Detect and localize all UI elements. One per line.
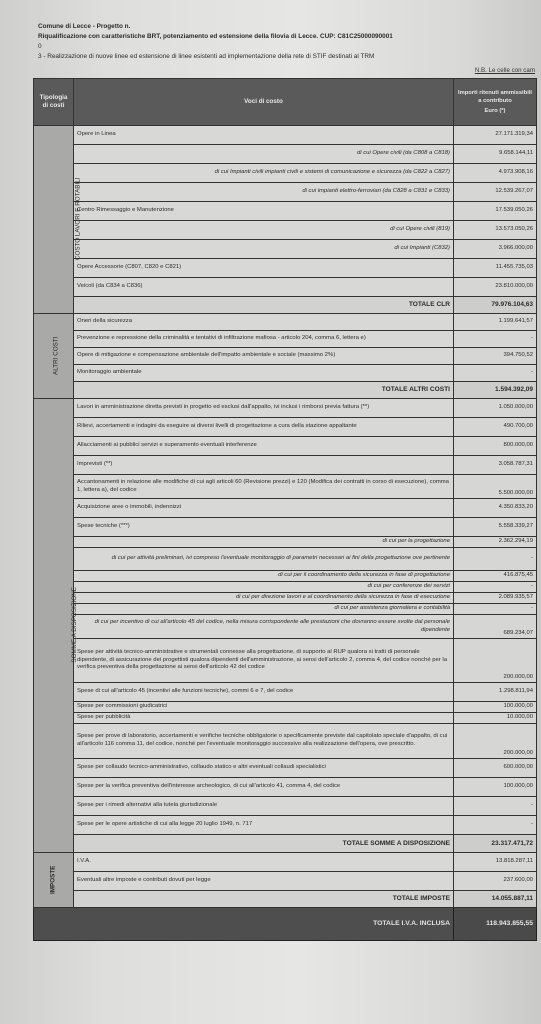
cost-item-amount: 10.000,00 (454, 713, 537, 724)
cost-item-desc: Rilievi, accertamenti e indagini da eseg… (74, 418, 454, 437)
cost-item-amount: 394.750,52 (454, 348, 537, 365)
cost-item-amount: 13.818.287,11 (454, 853, 537, 872)
total-label: TOTALE IMPOSTE (74, 891, 454, 908)
cost-item-amount: - (454, 816, 537, 835)
cost-item-amount: 1.199.641,57 (454, 314, 537, 331)
grand-total-row: TOTALE I.V.A. INCLUSA118.943.855,55 (34, 908, 537, 941)
table-row: Spese per i rimedi alternativi alla tute… (34, 797, 537, 816)
total-label: TOTALE SOMME A DISPOSIZIONE (74, 835, 454, 853)
cost-item-amount: 600.000,00 (454, 759, 537, 778)
table-row: Opere di mitigazione e compensazione amb… (34, 348, 537, 365)
table-row: Spese per prove di laboratorio, accertam… (34, 724, 537, 759)
table-row: Centro Rimessaggio e Manutenzione17.539.… (34, 202, 537, 221)
cost-item-amount: 200.000,00 (454, 639, 537, 683)
table-row: di cui per direzione lavori e al coordin… (34, 593, 537, 604)
section-label-altri: ALTRI COSTI (34, 314, 74, 399)
table-row: di cui per incentivo di cui all'articolo… (34, 615, 537, 639)
cost-item-amount: 416.875,45 (454, 571, 537, 582)
table-row: di cui per assistenza giornaliera e cont… (34, 604, 537, 615)
cost-item-amount: 1.298.811,94 (454, 683, 537, 702)
cost-item-amount: 4.973.908,16 (454, 164, 537, 183)
section-label-text: IMPOSTE (50, 865, 58, 893)
table-row: Spese di cui all'articolo 45 (incentivi … (34, 683, 537, 702)
table-row: di cui Impianti (C832)3.966.000,00 (34, 240, 537, 259)
table-row: Imprevisti (**)3.058.787,31 (34, 456, 537, 475)
note-text: N.B. Le celle con cam (475, 67, 535, 74)
grand-total-label: TOTALE I.V.A. INCLUSA (34, 908, 454, 941)
cost-item-desc: Prevenzione e repressione della criminal… (74, 331, 454, 348)
cost-item-desc: Eventuali altre imposte e contributi dov… (74, 872, 454, 891)
cost-item-desc: Spese per la verifica preventiva dell'in… (74, 778, 454, 797)
cost-item-desc: Veicoli (da C834 a C836) (74, 278, 454, 297)
col-header-amount-unit: Euro (*) (457, 107, 533, 115)
cost-item-desc: Allacciamenti ai pubblici servizi e supe… (74, 437, 454, 456)
cost-item-amount: 23.810.000,00 (454, 278, 537, 297)
cost-item-desc: Monitoraggio ambientale (74, 365, 454, 382)
cost-item-desc: Spese per commissioni giudicatrici (74, 702, 454, 713)
cost-item-amount: 689.234,07 (454, 615, 537, 639)
cost-item-amount: - (454, 365, 537, 382)
cost-item-amount: 3.966.000,00 (454, 240, 537, 259)
col-header-type: Tipologia di costi (34, 79, 74, 126)
total-amount: 14.055.887,11 (454, 891, 537, 908)
cost-item-amount: 490.700,00 (454, 418, 537, 437)
cost-item-amount: 2.362.294,19 (454, 537, 537, 548)
section-label-clr: COSTO LAVORI E ROTABILI (34, 126, 74, 314)
total-row-imposte: TOTALE IMPOSTE14.055.887,11 (34, 891, 537, 908)
total-amount: 1.594.392,09 (454, 382, 537, 399)
cost-item-amount: 2.089.935,57 (454, 593, 537, 604)
cost-subitem-desc: di cui per assistenza giornaliera e cont… (74, 604, 454, 615)
table-row: ALTRI COSTIOneri della sicurezza1.199.64… (34, 314, 537, 331)
total-row-altri: TOTALE ALTRI COSTI1.594.392,09 (34, 382, 537, 399)
table-row: Acquisizione aree o immobili, indennizzi… (34, 499, 537, 518)
col-header-amount-label: Importi ritenuti ammissibili a contribut… (457, 89, 533, 105)
cost-item-desc: Spese per attività tecnico-amministrativ… (74, 639, 454, 683)
section-label-text: ALTRI COSTI (52, 336, 60, 374)
cost-subitem-desc: di cui per direzione lavori e al coordin… (74, 593, 454, 604)
table-row: Spese tecniche (***)5.558.339,27 (34, 518, 537, 537)
cost-item-amount: 4.350.833,20 (454, 499, 537, 518)
cost-item-amount: - (454, 604, 537, 615)
cost-item-amount: 27.171.319,34 (454, 126, 537, 145)
cost-subitem-desc: di cui per il coordinamento della sicure… (74, 571, 454, 582)
municipality-line: Comune di Lecce - Progetto n. (38, 22, 393, 32)
table-row: Spese per pubblicità10.000,00 (34, 713, 537, 724)
cost-item-desc: Opere Accessorie (C807, C820 e C821) (74, 259, 454, 278)
cost-item-desc: Opere di mitigazione e compensazione amb… (74, 348, 454, 365)
cost-item-desc: Spese di cui all'articolo 45 (incentivi … (74, 683, 454, 702)
table-row: Accantonamenti in relazione alle modific… (34, 475, 537, 499)
project-title: Riqualificazione con caratteristiche BRT… (38, 32, 393, 42)
cost-item-desc: Lavori in amministrazione diretta previs… (74, 399, 454, 418)
cost-item-desc: Spese tecniche (***) (74, 518, 454, 537)
table-row: Spese per le opere artistiche di cui all… (34, 816, 537, 835)
table-row: Prevenzione e repressione della criminal… (34, 331, 537, 348)
cost-item-amount: 12.539.267,07 (454, 183, 537, 202)
section-label-text: COSTO LAVORI E ROTABILI (75, 178, 83, 261)
table-row: di cui Impianti civili impianti civili e… (34, 164, 537, 183)
project-category: 3 - Realizzazione di nuove linee ed este… (38, 52, 393, 62)
total-label: TOTALE ALTRI COSTI (74, 382, 454, 399)
table-row: Allacciamenti ai pubblici servizi e supe… (34, 437, 537, 456)
grand-total-amount: 118.943.855,55 (454, 908, 537, 941)
cost-item-desc: Opere in Linea (74, 126, 454, 145)
cost-item-amount: - (454, 548, 537, 571)
project-number: 0 (38, 42, 393, 52)
cost-table: Tipologia di costi Voci di costo Importi… (33, 78, 537, 941)
cost-subitem-desc: di cui Impianti (C832) (74, 240, 454, 259)
col-header-amount: Importi ritenuti ammissibili a contribut… (454, 79, 537, 126)
cost-item-desc: I.V.A. (74, 853, 454, 872)
table-row: Eventuali altre imposte e contributi dov… (34, 872, 537, 891)
cost-subitem-desc: di cui Opere civili (da C808 a C818) (74, 145, 454, 164)
cost-item-desc: Spese per pubblicità (74, 713, 454, 724)
cost-item-desc: Centro Rimessaggio e Manutenzione (74, 202, 454, 221)
total-label: TOTALE CLR (74, 297, 454, 314)
table-row: Veicoli (da C834 a C836)23.810.000,00 (34, 278, 537, 297)
table-row: SOMME A DISPOSIZIONELavori in amministra… (34, 399, 537, 418)
cost-item-amount: 200.000,00 (454, 724, 537, 759)
table-row: di cui Opere civili (da C808 a C818)9.65… (34, 145, 537, 164)
cost-item-amount: - (454, 797, 537, 816)
section-label-somme: SOMME A DISPOSIZIONE (34, 399, 74, 853)
total-amount: 79.976.104,63 (454, 297, 537, 314)
section-label-imposte: IMPOSTE (34, 853, 74, 908)
table-header-row: Tipologia di costi Voci di costo Importi… (34, 79, 537, 126)
document-header: Comune di Lecce - Progetto n. Riqualific… (38, 22, 393, 62)
cost-item-desc: Imprevisti (**) (74, 456, 454, 475)
table-row: IMPOSTEI.V.A.13.818.287,11 (34, 853, 537, 872)
cost-item-amount: - (454, 331, 537, 348)
table-row: Spese per la verifica preventiva dell'in… (34, 778, 537, 797)
cost-item-desc: Spese per prove di laboratorio, accertam… (74, 724, 454, 759)
table-row: Spese per commissioni giudicatrici100.00… (34, 702, 537, 713)
table-row: Rilievi, accertamenti e indagini da eseg… (34, 418, 537, 437)
table-row: Spese per collaudo tecnico-amministrativ… (34, 759, 537, 778)
cost-item-desc: Spese per collaudo tecnico-amministrativ… (74, 759, 454, 778)
table-row: COSTO LAVORI E ROTABILIOpere in Linea27.… (34, 126, 537, 145)
col-header-item: Voci di costo (74, 79, 454, 126)
cost-subitem-desc: di cui Impianti civili impianti civili e… (74, 164, 454, 183)
cost-item-amount: 800.000,00 (454, 437, 537, 456)
table-row: di cui impianti elettro-ferroviari (da C… (34, 183, 537, 202)
cost-subitem-desc: di cui per la progettazione (74, 537, 454, 548)
cost-item-desc: Acquisizione aree o immobili, indennizzi (74, 499, 454, 518)
table-row: di cui per la progettazione2.362.294,19 (34, 537, 537, 548)
total-row-clr: TOTALE CLR79.976.104,63 (34, 297, 537, 314)
total-row-somme: TOTALE SOMME A DISPOSIZIONE23.317.471,72 (34, 835, 537, 853)
cost-subitem-desc: di cui per attività preliminari, ivi com… (74, 548, 454, 571)
table-row: Opere Accessorie (C807, C820 e C821)11.4… (34, 259, 537, 278)
cost-item-amount: 3.058.787,31 (454, 456, 537, 475)
table-row: di cui per conferenze dei servizi- (34, 582, 537, 593)
table-row: di cui Opere civili (819)13.573.050,26 (34, 221, 537, 240)
table-row: Monitoraggio ambientale- (34, 365, 537, 382)
cost-item-amount: 13.573.050,26 (454, 221, 537, 240)
cost-item-desc: Oneri della sicurezza (74, 314, 454, 331)
cost-item-amount: 237.600,00 (454, 872, 537, 891)
cost-subitem-desc: di cui per incentivo di cui all'articolo… (74, 615, 454, 639)
cost-item-amount: 100.000,00 (454, 778, 537, 797)
cost-item-amount: 1.050.000,00 (454, 399, 537, 418)
cost-item-amount: 5.558.339,27 (454, 518, 537, 537)
total-amount: 23.317.471,72 (454, 835, 537, 853)
table-row: Spese per attività tecnico-amministrativ… (34, 639, 537, 683)
table-row: di cui per attività preliminari, ivi com… (34, 548, 537, 571)
cost-item-desc: Spese per i rimedi alternativi alla tute… (74, 797, 454, 816)
cost-item-amount: 17.539.050,26 (454, 202, 537, 221)
cost-item-amount: 11.455.735,03 (454, 259, 537, 278)
cost-item-desc: Spese per le opere artistiche di cui all… (74, 816, 454, 835)
cost-item-amount: 9.658.144,11 (454, 145, 537, 164)
cost-subitem-desc: di cui Opere civili (819) (74, 221, 454, 240)
cost-subitem-desc: di cui impianti elettro-ferroviari (da C… (74, 183, 454, 202)
section-label-text: SOMME A DISPOSIZIONE (71, 587, 79, 663)
cost-subitem-desc: di cui per conferenze dei servizi (74, 582, 454, 593)
cost-item-desc: Accantonamenti in relazione alle modific… (74, 475, 454, 499)
cost-item-amount: - (454, 582, 537, 593)
cost-item-amount: 100.000,00 (454, 702, 537, 713)
table-row: di cui per il coordinamento della sicure… (34, 571, 537, 582)
cost-item-amount: 5.500.000,00 (454, 475, 537, 499)
